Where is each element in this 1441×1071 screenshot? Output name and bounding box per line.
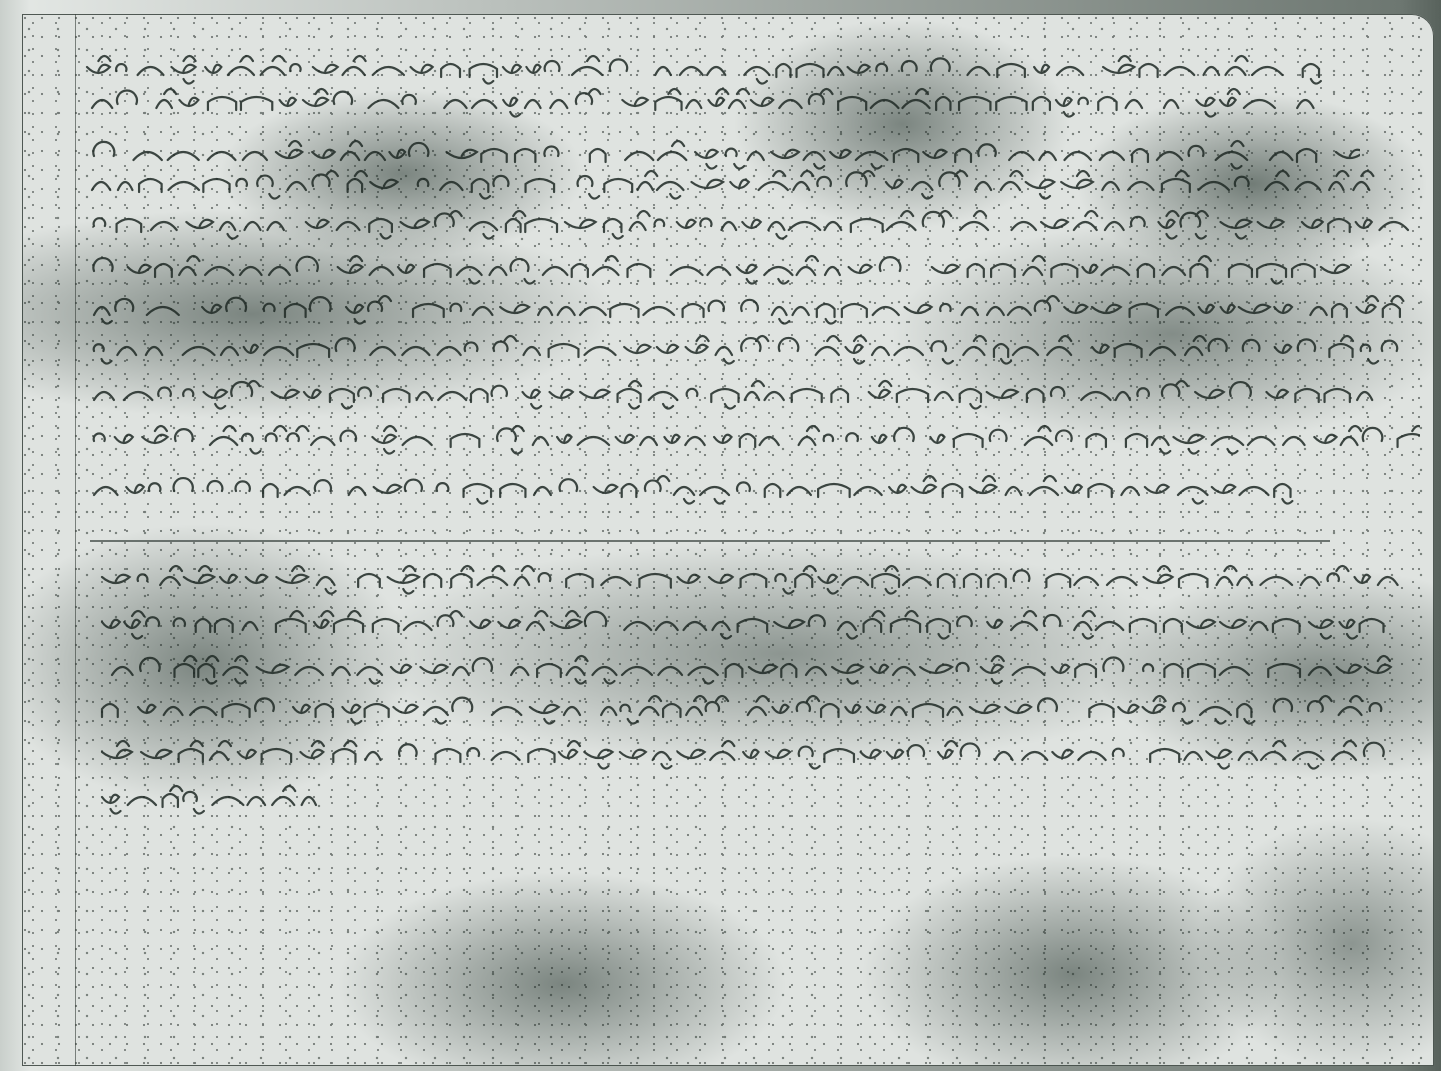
paragraph-2-line <box>110 653 1410 687</box>
paragraph-1-line <box>90 168 1400 202</box>
paragraph-1-line <box>92 138 1360 172</box>
paragraph-1-line <box>92 423 1420 457</box>
paragraph-1-line <box>92 378 1390 412</box>
paragraph-1-line <box>90 86 1330 120</box>
paragraph-1-line <box>92 293 1420 327</box>
paragraph-1-line <box>92 473 1300 507</box>
paragraph-2-line <box>100 738 1400 772</box>
manuscript-page: Handwritten script text — not reliably t… <box>22 14 1434 1066</box>
paragraph-2-line <box>100 563 1400 597</box>
paragraph-2-line <box>100 608 1405 642</box>
paragraph-1-line <box>92 253 1350 287</box>
paragraph-1-line <box>85 53 1330 87</box>
paragraph-1-line <box>92 208 1415 242</box>
paragraph-2-line <box>100 783 340 817</box>
paragraph-2-line <box>100 693 1390 727</box>
paragraph-1-line <box>92 333 1405 367</box>
script-text-area <box>22 14 1434 1066</box>
